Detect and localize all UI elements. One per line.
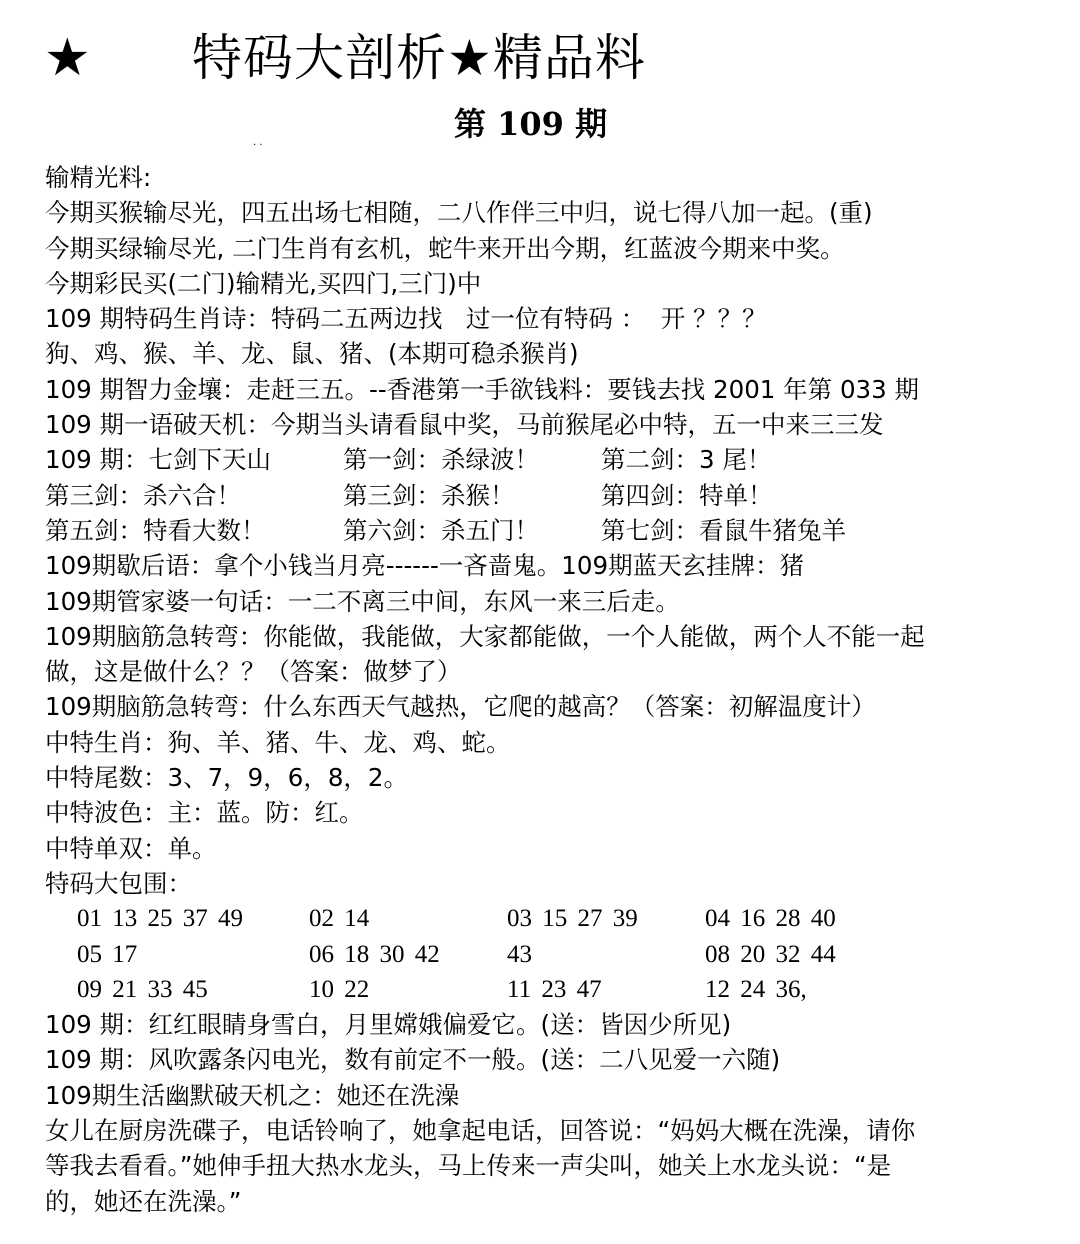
- text-line: 中特波色：主：蓝。防：红。: [45, 795, 1055, 830]
- text-line: 109 期：红红眼睛身雪白，月里嫦娥偏爱它。(送：皆因少所见): [45, 1007, 1055, 1042]
- text-line: 109 期一语破天机：今期当头请看鼠中奖，马前猴尾必中特，五一中来三三发: [45, 407, 1055, 442]
- document-body: 输精光料: 今期买猴输尽光，四五出场七相随，二八作伴三中归，说七得八加一起。(重…: [45, 160, 1055, 1219]
- sword-cell: 第三剑：杀六合！: [45, 478, 343, 513]
- sword-cell: 第二剑：3 尾！: [601, 442, 771, 477]
- sword-cell: 第四剑：特单！: [601, 478, 773, 513]
- grid-cell: 09 21 33 45: [77, 972, 309, 1007]
- text-line: 今期买绿输尽光, 二门生肖有玄机，蛇牛来开出今期，红蓝波今期来中奖。: [45, 231, 1055, 266]
- text-line: 狗、鸡、猴、羊、龙、鼠、猪、(本期可稳杀猴肖): [45, 336, 1055, 371]
- text-line: 等我去看看。”她伸手扭大热水龙头，马上传来一声尖叫，她关上水龙头说：“是: [45, 1148, 1055, 1183]
- text-line: 中特单双：单。: [45, 831, 1055, 866]
- text-line: 109 期特码生肖诗：特码二五两边找 过一位有特码 ： 开 ？？？: [45, 301, 1055, 336]
- text-line: 中特尾数：3、7，9，6，8，2。: [45, 760, 1055, 795]
- sword-row: 第三剑：杀六合！ 第三剑：杀猴！ 第四剑：特单！: [45, 478, 1055, 513]
- grid-cell: 02 14: [309, 901, 507, 936]
- text-line: 中特生肖：狗、羊、猪、牛、龙、鸡、蛇。: [45, 725, 1055, 760]
- grid-cell: 12 24 36,: [705, 972, 905, 1007]
- grid-row: 05 17 06 18 30 42 43 08 20 32 44: [77, 937, 1055, 972]
- text-line: 今期买猴输尽光，四五出场七相随，二八作伴三中归，说七得八加一起。(重): [45, 195, 1055, 230]
- number-grid: 01 13 25 37 49 02 14 03 15 27 39 04 16 2…: [77, 901, 1055, 1007]
- text-line: 特码大包围：: [45, 866, 1055, 901]
- grid-cell: 01 13 25 37 49: [77, 901, 309, 936]
- star-icon: ★: [44, 28, 91, 88]
- text-line: 109 期：风吹露条闪电光，数有前定不一般。(送：二八见爱一六随): [45, 1042, 1055, 1077]
- sword-row: 109 期：七剑下天山 第一剑：杀绿波！ 第二剑：3 尾！: [45, 442, 1055, 477]
- text-line: 109期脑筋急转弯：什么东西天气越热，它爬的越高？（答案：初解温度计）: [45, 689, 1055, 724]
- grid-cell: 08 20 32 44: [705, 937, 905, 972]
- text-line: 做，这是做什么？？（答案：做梦了）: [45, 654, 1055, 689]
- text-line: 109期脑筋急转弯：你能做，我能做，大家都能做，一个人能做，两个人不能一起: [45, 619, 1055, 654]
- grid-row: 09 21 33 45 10 22 11 23 47 12 24 36,: [77, 972, 1055, 1007]
- issue-number: 第 109 期: [454, 104, 607, 144]
- grid-cell: 11 23 47: [507, 972, 705, 1007]
- grid-cell: 03 15 27 39: [507, 901, 705, 936]
- text-line: 今期彩民买(二门)输精光,买四门,三门)中: [45, 266, 1055, 301]
- sword-cell: 109 期：七剑下天山: [45, 442, 343, 477]
- grid-cell: 10 22: [309, 972, 507, 1007]
- text-line: 109 期智力金壤：走赶三五。--香港第一手欲钱料：要钱去找 2001 年第 0…: [45, 372, 1055, 407]
- grid-cell: 05 17: [77, 937, 309, 972]
- sword-cell: 第五剑：特看大数！: [45, 513, 343, 548]
- sword-cell: 第一剑：杀绿波！: [343, 442, 601, 477]
- text-line: 输精光料:: [45, 160, 1055, 195]
- decorative-dots: . .: [253, 138, 263, 148]
- sword-cell: 第三剑：杀猴！: [343, 478, 601, 513]
- text-line: 109期生活幽默破天机之：她还在洗澡: [45, 1078, 1055, 1113]
- text-line: 109期歇后语：拿个小钱当月亮------一吝啬鬼。109期蓝天玄挂牌：猪: [45, 548, 1055, 583]
- grid-row: 01 13 25 37 49 02 14 03 15 27 39 04 16 2…: [77, 901, 1055, 936]
- page-title: 特码大剖析★精品料: [192, 28, 646, 88]
- grid-cell: 04 16 28 40: [705, 901, 905, 936]
- text-line: 女儿在厨房洗碟子，电话铃响了，她拿起电话，回答说：“妈妈大概在洗澡，请你: [45, 1113, 1055, 1148]
- sword-cell: 第六剑：杀五门！: [343, 513, 601, 548]
- text-line: 109期管家婆一句话：一二不离三中间，东风一来三后走。: [45, 584, 1055, 619]
- grid-cell: 43: [507, 937, 705, 972]
- grid-cell: 06 18 30 42: [309, 937, 507, 972]
- sword-cell: 第七剑：看鼠牛猪兔羊: [601, 513, 846, 548]
- sword-row: 第五剑：特看大数！ 第六剑：杀五门！ 第七剑：看鼠牛猪兔羊: [45, 513, 1055, 548]
- text-line: 的，她还在洗澡。”: [45, 1184, 1055, 1219]
